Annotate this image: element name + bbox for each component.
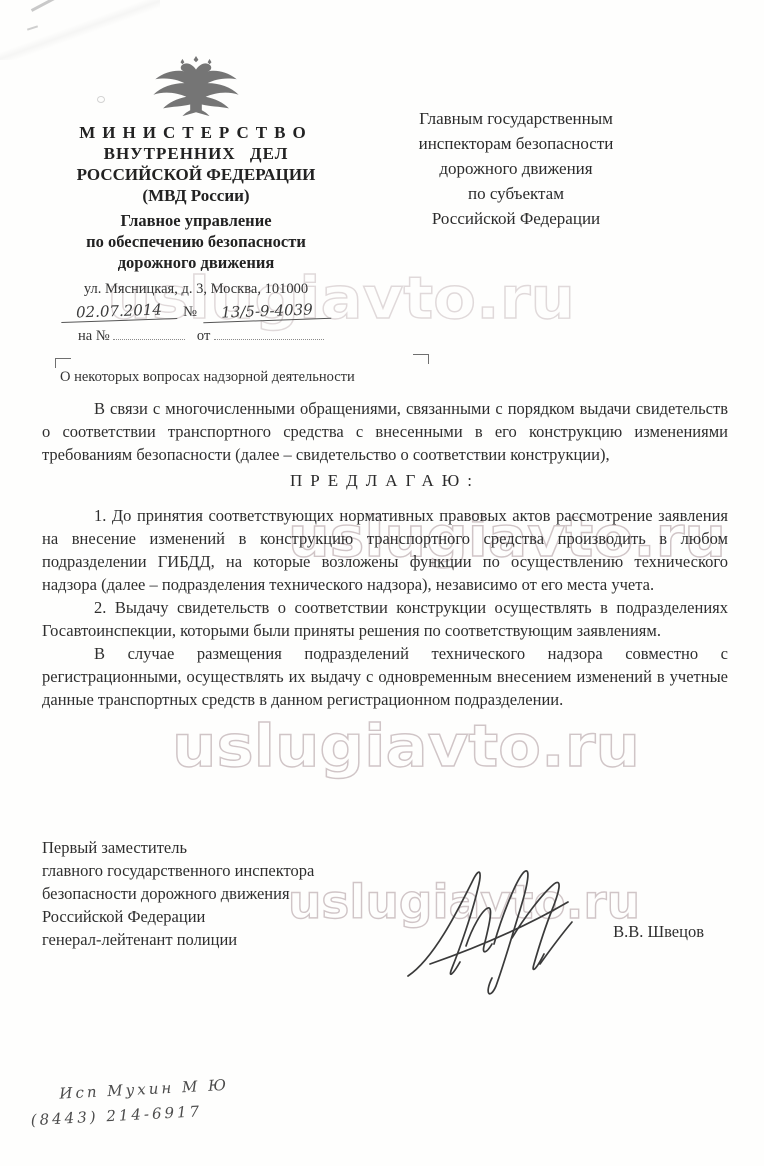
signer-name: В.В. Швецов xyxy=(613,922,704,942)
date-number-line: 02.07.2014 № 13/5-9-4039 xyxy=(36,302,356,321)
addressee-block: Главным государственным инспекторам безо… xyxy=(388,106,644,231)
addressee-line: инспекторам безопасности xyxy=(388,131,644,156)
signer-position-line: Первый заместитель xyxy=(42,836,728,859)
handwritten-outgoing-number: 13/5-9-4039 xyxy=(202,300,331,323)
body-paragraph-3: В случае размещения подразделений технич… xyxy=(42,642,728,711)
body-paragraph-2: 2. Выдачу свидетельств о соответствии ко… xyxy=(42,596,728,642)
executor-note: Исп Мухин М Ю (8443) 214-6917 xyxy=(29,1073,231,1133)
department-line: по обеспечению безопасности xyxy=(36,231,356,252)
reference-line: на № от xyxy=(36,327,356,345)
ministry-name-line: РОССИЙСКОЙ ФЕДЕРАЦИИ xyxy=(36,164,356,185)
ref-na-label: на № xyxy=(78,328,110,344)
subject-block: О некоторых вопросах надзорной деятельно… xyxy=(55,354,429,390)
signature-block: Первый заместитель главного государствен… xyxy=(42,836,728,1006)
number-sign-label: № xyxy=(183,304,197,320)
handwritten-signature xyxy=(390,846,605,1001)
subject-line: О некоторых вопросах надзорной деятельно… xyxy=(60,369,355,386)
postal-address: ул. Мясницкая, д. 3, Москва, 101000 xyxy=(36,280,356,299)
scanned-letter-page: uslugiavto.ru uslugiavto.ru uslugiavto.r… xyxy=(0,0,764,1166)
department-line: Главное управление xyxy=(36,210,356,231)
ref-ot-label: от xyxy=(197,328,210,344)
svg-text:uslugiavto.ru: uslugiavto.ru xyxy=(172,712,640,780)
addressee-line: по субъектам xyxy=(388,181,644,206)
ministry-name-line: МИНИСТЕРСТВО xyxy=(36,122,356,143)
mvd-eagle-emblem-icon xyxy=(146,56,246,118)
ref-ot-blank xyxy=(214,327,324,340)
paper-crease xyxy=(0,0,160,60)
letter-body: В связи с многочисленными обращениями, с… xyxy=(42,397,728,711)
addressee-line: дорожного движения xyxy=(388,156,644,181)
ministry-name-line: ВНУТРЕННИХ ДЕЛ xyxy=(36,143,356,164)
ref-na-blank xyxy=(113,327,185,340)
corner-bracket-left-icon xyxy=(55,358,71,368)
ministry-abbr: (МВД России) xyxy=(36,185,356,206)
addressee-line: Российской Федерации xyxy=(388,206,644,231)
handwritten-date: 02.07.2014 xyxy=(61,300,178,323)
signer-position-line: безопасности дорожного движения xyxy=(42,882,728,905)
signer-position-line: главного государственного инспектора xyxy=(42,859,728,882)
watermark-uslugiavto: uslugiavto.ru xyxy=(170,706,645,784)
letterhead: МИНИСТЕРСТВО ВНУТРЕННИХ ДЕЛ РОССИЙСКОЙ Ф… xyxy=(36,56,356,345)
resolution-word: ПРЕДЛАГАЮ: xyxy=(42,471,728,491)
body-paragraph-1: 1. До принятия соответствующих нормативн… xyxy=(42,504,728,596)
addressee-line: Главным государственным xyxy=(388,106,644,131)
intro-paragraph: В связи с многочисленными обращениями, с… xyxy=(42,397,728,466)
department-line: дорожного движения xyxy=(36,252,356,273)
corner-bracket-right-icon xyxy=(413,354,429,364)
